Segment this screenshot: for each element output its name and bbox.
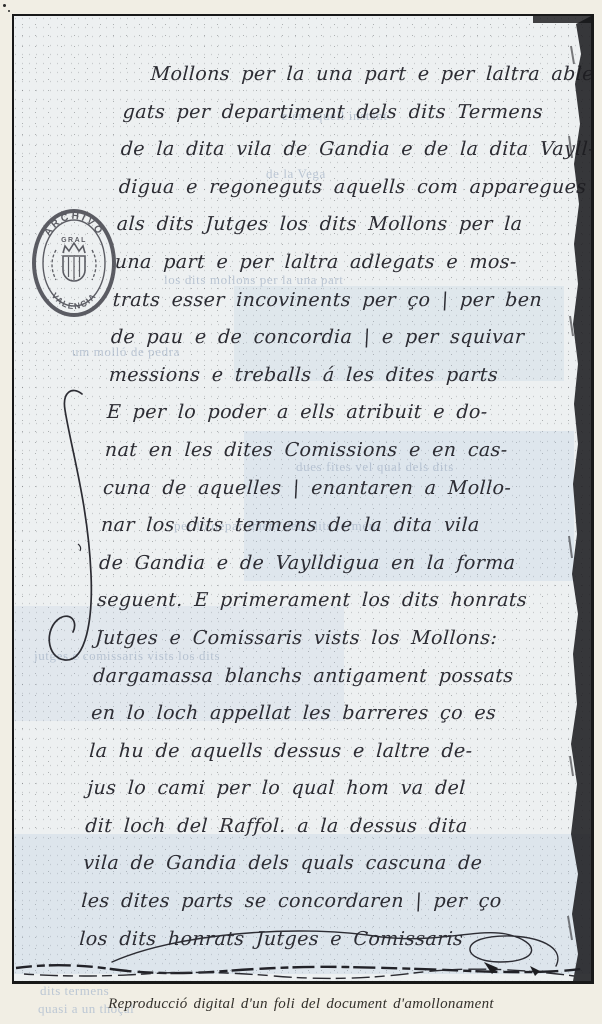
archive-seal: ARCHIVO GRAL VALENCIA bbox=[30, 206, 118, 320]
manuscript-line: messions e treballs á les dites parts bbox=[108, 357, 588, 395]
seal-crown-icon bbox=[63, 243, 85, 253]
manuscript-line: una part e per laltra adlegats e mos- bbox=[114, 244, 594, 282]
seal-laurel-icon bbox=[52, 250, 56, 280]
manuscript-line: Jutges e Comissaris vists los Mollons: bbox=[94, 620, 574, 658]
manuscript-line: nar los dits termens de la dita vila bbox=[100, 507, 580, 545]
ink-speck bbox=[8, 10, 10, 12]
left-flourish bbox=[38, 384, 100, 684]
manuscript-line: seguent. E primerament los dits honrats bbox=[96, 582, 576, 620]
manuscript-line: Mollons per la una part e per laltra abl… bbox=[124, 56, 594, 94]
manuscript-text: Mollons per la una part e per laltra abl… bbox=[78, 56, 594, 958]
ragged-bottom-edge bbox=[14, 954, 592, 982]
manuscript-scan-frame: e en aquell instant de la Vega los dits … bbox=[12, 14, 594, 984]
manuscript-line: en lo loch appellat les barreres ço es bbox=[90, 695, 570, 733]
manuscript-line: gats per departiment dels dits Termens bbox=[122, 94, 594, 132]
manuscript-line: nat en les dites Comissions e en cas- bbox=[104, 432, 584, 470]
manuscript-line: trats esser incovinents per ço | per ben bbox=[112, 282, 592, 320]
manuscript-line: als dits Jutges los dits Mollons per la bbox=[116, 206, 594, 244]
manuscript-line: digua e regoneguts aquells com apparegue… bbox=[118, 169, 594, 207]
seal-laurel-icon bbox=[92, 250, 96, 280]
ink-speck bbox=[3, 4, 6, 7]
manuscript-line: jus lo cami per lo qual hom va del bbox=[86, 770, 566, 808]
manuscript-line: dit loch del Raffol. a la dessus dita bbox=[84, 808, 564, 846]
manuscript-line: la hu de aquells dessus e laltre de- bbox=[88, 733, 568, 771]
seal-top-text: ARCHIVO bbox=[42, 211, 105, 238]
manuscript-line: de la dita vila de Gandia e de la dita V… bbox=[120, 131, 594, 169]
seal-middle-text: GRAL bbox=[61, 237, 87, 244]
manuscript-line: de Gandia e de Vaylldigua en la forma bbox=[98, 545, 578, 583]
manuscript-line: de pau e de concordia | e per squivar bbox=[110, 319, 590, 357]
manuscript-line: E per lo poder a ells atribuit e do- bbox=[106, 394, 586, 432]
manuscript-line: cuna de aquelles | enantaren a Mollo- bbox=[102, 470, 582, 508]
figure-caption: Reproducció digital d'un foli del docume… bbox=[0, 996, 602, 1013]
ragged-right-edge bbox=[565, 16, 591, 981]
manuscript-line: dargamassa blanchs antigament possats bbox=[92, 658, 572, 696]
manuscript-line: vila de Gandia dels quals cascuna de bbox=[82, 845, 562, 883]
scanned-book-page: e en aquell instant de la Vega los dits … bbox=[0, 0, 602, 1024]
corner-smear bbox=[533, 16, 591, 23]
